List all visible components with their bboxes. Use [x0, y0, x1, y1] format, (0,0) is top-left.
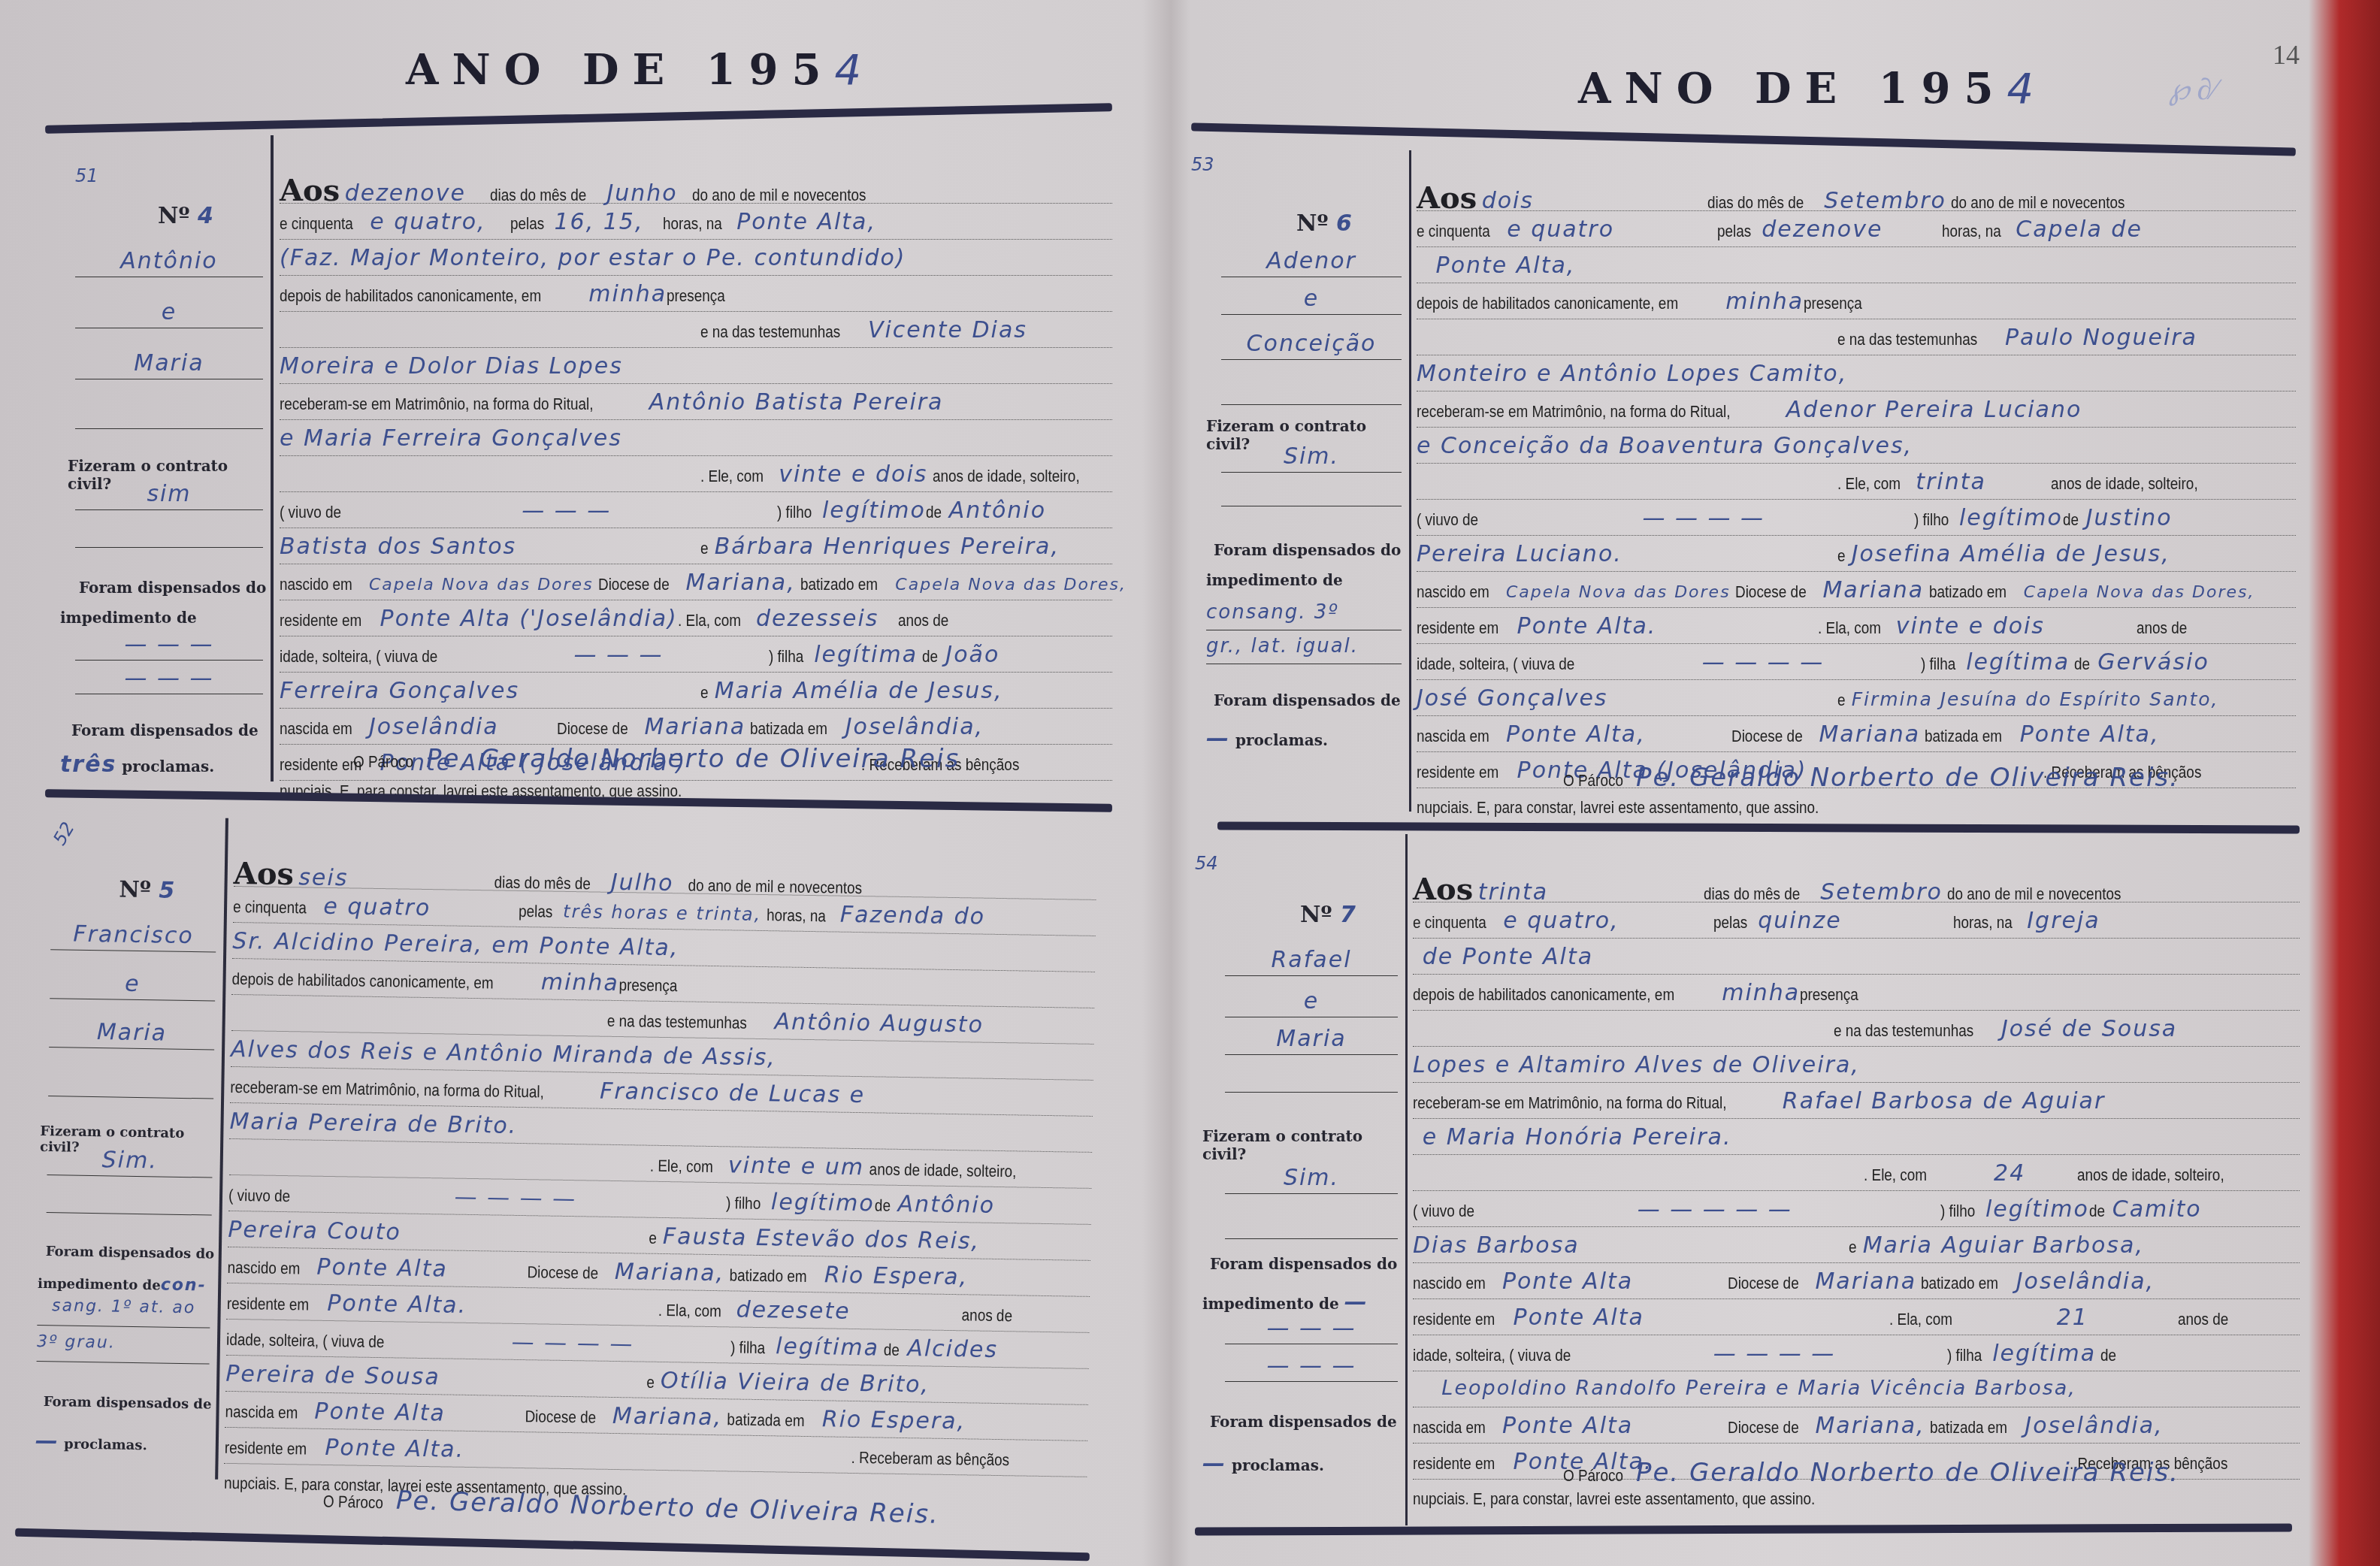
- label: dias do mês de: [494, 872, 591, 893]
- bride-father: Alcides: [907, 1335, 998, 1363]
- left-page: ANO DE 1954 51 Nº 4 Antônio e Maria Fize…: [0, 0, 1157, 1566]
- bride-first-name: Maria: [49, 1018, 215, 1050]
- conjunction: e: [1225, 988, 1398, 1017]
- banns-value: —: [1206, 725, 1230, 751]
- civil-contract-value: sim: [75, 481, 263, 510]
- label: idade, solteira, ( viuva de: [280, 647, 437, 667]
- label: O Pároco: [353, 752, 413, 772]
- blank-line: [1221, 376, 1402, 405]
- place-continued: de Ponte Alta: [1423, 944, 1593, 970]
- banns-label: proclamas.: [1235, 731, 1328, 749]
- label: do ano de mil e novecentos: [1947, 884, 2121, 904]
- label: e na das testemunhas: [1837, 330, 1977, 349]
- bride-first-name: Maria: [1225, 1026, 1398, 1055]
- title-printed: ANO DE 195: [1578, 64, 2007, 113]
- label: e na das testemunhas: [607, 1011, 748, 1033]
- groom-father: Pereira Luciano.: [1417, 541, 1837, 567]
- numero-label: Nº 7: [1300, 902, 1357, 928]
- label: . Ele, com: [1864, 1165, 1927, 1185]
- label: nascida em: [280, 719, 352, 739]
- daughter-type: legítima: [814, 642, 918, 668]
- banns-value: —: [1202, 1450, 1226, 1477]
- priest-name: Pe. Geraldo Norberto de Oliveira Reis.: [396, 1486, 940, 1530]
- impediment-value: gr., lat. igual.: [1206, 635, 1402, 664]
- label: receberam-se em Matrimônio, na forma do …: [1413, 1093, 1726, 1113]
- day-value: dezenove: [345, 180, 466, 207]
- label: ( viuvo de: [1417, 510, 1478, 530]
- parish-priest-signature: O Pároco Pe. Geraldo Norberto de Oliveir…: [1563, 1458, 2179, 1488]
- label: ) filha: [1921, 655, 1955, 674]
- daughter-type: legítima: [1966, 649, 2070, 676]
- label: anos de: [961, 1305, 1012, 1326]
- record-body: Aos doisdias do mês de Setembro do ano d…: [1417, 150, 2296, 812]
- conjunction: e: [50, 969, 216, 1001]
- impediment-value: sang. 1º at. ao: [37, 1296, 210, 1329]
- label: receberam-se em Matrimônio, na forma do …: [1417, 402, 1730, 422]
- conjunction: e: [75, 299, 263, 328]
- place-continued: (Faz. Major Monteiro, por estar o Pe. co…: [280, 245, 906, 271]
- label: O Pároco: [323, 1492, 384, 1513]
- label: anos de: [898, 611, 948, 630]
- parish-priest-signature: O Pároco Pe. Geraldo Norberto de Oliveir…: [1563, 763, 2179, 793]
- son-type: legítimo: [771, 1189, 875, 1217]
- parish-priest-signature: O Pároco Pe. Geraldo Norberto de Oliveir…: [323, 1483, 940, 1529]
- groom-diocese: Mariana: [1822, 577, 1924, 603]
- witnesses-value: Paulo Nogueira: [2005, 325, 2197, 351]
- groom-baptism-place: Joselândia,: [2016, 1268, 2155, 1295]
- label: do ano de mil e novecentos: [692, 186, 866, 205]
- label: Diocese de: [1731, 727, 1803, 746]
- witnesses-value: Antônio Augusto: [774, 1008, 984, 1038]
- presence-value: minha: [588, 281, 667, 307]
- page-title: ANO DE 1954: [406, 45, 875, 95]
- label: residente em: [1413, 1454, 1495, 1474]
- title-printed: ANO DE 195: [406, 45, 835, 95]
- label: residente em: [1413, 1310, 1495, 1329]
- banns-value: —: [35, 1428, 60, 1454]
- record-number: 4: [198, 203, 215, 229]
- groom-diocese: Mariana,: [685, 570, 795, 596]
- groom-diocese: Mariana: [1815, 1268, 1916, 1295]
- label: anos de idade, solteiro,: [2051, 474, 2198, 494]
- year-suffix-value: e quatro: [1507, 216, 1717, 243]
- bride-father: Pereira de Sousa: [225, 1361, 646, 1394]
- label: de: [2074, 655, 2090, 674]
- civil-contract-value: Sim.: [47, 1146, 213, 1178]
- impediment-label: impedimento de: [60, 609, 197, 627]
- day-value: trinta: [1478, 879, 1704, 905]
- label: residente em: [225, 1438, 307, 1459]
- aos-label: Aos: [1413, 872, 1473, 907]
- groom-baptism-place: Capela Nova das Dores,: [2024, 583, 2255, 602]
- hour-value: quinze: [1758, 908, 1953, 934]
- label: ( viuvo de: [1413, 1202, 1474, 1221]
- groom-first-name: Antônio: [75, 248, 263, 277]
- label: nascido em: [1413, 1274, 1486, 1293]
- bride-first-name: Maria: [75, 350, 263, 379]
- bride-birthplace: Ponte Alta: [1502, 1413, 1728, 1439]
- month-value: Julho: [611, 869, 674, 896]
- impediment-value: — — —: [75, 665, 263, 694]
- label: depois de habilitados canonicamente, em: [1417, 294, 1678, 313]
- label: depois de habilitados canonicamente, em: [280, 286, 541, 306]
- year-suffix-value: e quatro: [323, 893, 519, 923]
- aos-label: Aos: [233, 856, 294, 892]
- hour-value: três horas e trinta,: [563, 901, 761, 925]
- blank-line: [48, 1067, 214, 1099]
- record-number: 7: [1340, 902, 1357, 928]
- bride-age: vinte e dois: [1896, 613, 2137, 639]
- label: batizada em: [727, 1410, 804, 1431]
- impediment-value: — — —: [75, 631, 263, 661]
- label: residente em: [280, 755, 361, 775]
- civil-contract-label: Fizeram o contrato civil?: [1202, 1127, 1405, 1163]
- month-value: Setembro: [1820, 879, 1943, 905]
- folio-number: 14: [2273, 39, 2300, 71]
- groom-mother: Maria Aguiar Barbosa,: [1863, 1232, 2144, 1259]
- label: ) filho: [726, 1193, 761, 1214]
- numero-label: Nº 6: [1296, 210, 1353, 237]
- label: batizada em: [1925, 727, 2002, 746]
- numero-label: Nº 4: [158, 203, 215, 229]
- label: ) filho: [1940, 1202, 1975, 1221]
- label: e cinquenta: [1417, 222, 1490, 241]
- label: receberam-se em Matrimônio, na forma do …: [280, 395, 593, 414]
- label: residente em: [1417, 618, 1498, 638]
- open-register-book: ANO DE 1954 51 Nº 4 Antônio e Maria Fize…: [0, 0, 2380, 1566]
- groom-residence: Ponte Alta ('Joselândia): [380, 606, 678, 632]
- widow-value: — — — —: [415, 1328, 730, 1359]
- banns-label: proclamas.: [122, 757, 214, 775]
- impediment-value: — — —: [1225, 1315, 1398, 1344]
- blank-line: [47, 1184, 213, 1215]
- spouses-value: e Maria Honória Pereira.: [1423, 1124, 1732, 1150]
- groom-diocese: Mariana,: [615, 1259, 725, 1286]
- label: batizado em: [1921, 1274, 1998, 1293]
- civil-contract-value: Sim.: [1221, 443, 1402, 473]
- groom-birthplace: Ponte Alta: [316, 1254, 528, 1283]
- impediment-label: impedimento de: [1206, 571, 1343, 589]
- bride-father: José Gonçalves: [1417, 685, 1837, 712]
- label: de: [875, 1196, 891, 1215]
- year-suffix-value: e quatro,: [370, 209, 485, 235]
- blank-line: [75, 518, 263, 548]
- bride-diocese: Mariana: [644, 714, 745, 740]
- label: pelas: [519, 902, 553, 922]
- label: de: [2063, 510, 2079, 530]
- groom-residence: Ponte Alta: [1514, 1304, 1889, 1331]
- label: de: [926, 503, 942, 522]
- hour-value: dezenove: [1762, 216, 1942, 243]
- groom-age: 24: [1942, 1160, 2077, 1187]
- label: Diocese de: [527, 1262, 598, 1283]
- parish-priest-signature: O Pároco Pe. Geraldo Norberto de Oliveir…: [353, 744, 960, 774]
- label: horas, na: [1942, 222, 2001, 241]
- groom-residence: Ponte Alta.: [327, 1290, 658, 1322]
- bride-baptism-place: Joselândia,: [845, 714, 984, 740]
- label: horas, na: [766, 905, 825, 926]
- bride-first-name: Conceição: [1221, 331, 1402, 360]
- label: presença: [1800, 985, 1858, 1005]
- record-body: Aos seisdias do mês de Julho do ano de m…: [224, 818, 1097, 1493]
- label: de: [2089, 1202, 2105, 1221]
- month-value: Setembro: [1824, 188, 1946, 214]
- marriage-record-5: 52 Nº 5 Francisco e Maria Fizeram o cont…: [35, 815, 1097, 1493]
- groom-age: vinte e dois: [779, 461, 927, 488]
- bride-age: dezesseis: [756, 606, 879, 632]
- banns-value: três: [60, 751, 116, 778]
- banns-label: proclamas.: [1232, 1456, 1324, 1474]
- faded-stamp: ℘ ∂∕: [2169, 71, 2217, 107]
- groom-father: Antônio: [897, 1191, 995, 1219]
- blank-line: [1225, 1210, 1398, 1239]
- presence-value: minha: [1722, 980, 1800, 1006]
- place-continued: Ponte Alta,: [1436, 252, 1576, 279]
- widow-value: — — —: [468, 642, 769, 668]
- impediment-dispensation-label: Foram dispensados do: [1210, 1255, 1397, 1273]
- record-number: 5: [159, 877, 176, 903]
- label: ) filho: [1914, 510, 1949, 530]
- label: pelas: [510, 214, 544, 234]
- widow-value: — — — —: [1601, 1341, 1947, 1367]
- label: ) filha: [1947, 1346, 1982, 1365]
- label: . Ele, com: [650, 1156, 714, 1177]
- label: e: [1837, 546, 1846, 566]
- spouses-value: e Conceição da Boaventura Gonçalves,: [1417, 433, 1913, 459]
- groom-age: vinte e um: [728, 1152, 865, 1181]
- label: nascido em: [280, 575, 352, 594]
- label: anos de: [2178, 1310, 2228, 1329]
- spouses-value: Maria Pereira de Brito.: [229, 1108, 517, 1139]
- numero-label: Nº 5: [119, 877, 176, 904]
- label: do ano de mil e novecentos: [1951, 193, 2124, 213]
- widower-value: — — — —: [305, 1181, 726, 1214]
- day-value: dois: [1482, 188, 1707, 214]
- groom-father: Pereira Couto: [228, 1217, 649, 1250]
- label: depois de habilitados canonicamente, em: [231, 969, 494, 993]
- witnesses-value: Vicente Dias: [868, 317, 1027, 343]
- label: nascido em: [1417, 582, 1489, 602]
- witnesses-value: Monteiro e Antônio Lopes Camito,: [1417, 361, 1847, 387]
- groom-father: Dias Barbosa: [1413, 1232, 1849, 1259]
- label: ) filha: [769, 647, 803, 667]
- label: O Pároco: [1563, 1466, 1623, 1486]
- label: residente em: [280, 611, 361, 630]
- banns-dispensation-label: Foram dispensados de: [44, 1394, 212, 1413]
- label: presença: [1804, 294, 1862, 313]
- widower-value: — — —: [356, 497, 777, 524]
- bride-diocese: Mariana: [1819, 721, 1920, 748]
- groom-birthplace: Capela Nova das Dores: [1506, 583, 1731, 602]
- widower-value: — — — —: [1493, 505, 1914, 531]
- label: batizada em: [1930, 1418, 2007, 1438]
- label: e: [1837, 691, 1846, 710]
- label: anos de: [2137, 618, 2187, 638]
- closing-text: nupciais. E, para constar, lavrei este a…: [1413, 1489, 1815, 1509]
- spouses-value: Francisco de Lucas e: [600, 1078, 866, 1109]
- label: anos de idade, solteiro,: [2077, 1165, 2224, 1185]
- label: . Receberam as bênçãos: [851, 1448, 1009, 1470]
- label: nascida em: [225, 1402, 298, 1423]
- groom-father: Batista dos Santos: [280, 534, 700, 560]
- section-divider: [15, 1528, 1090, 1561]
- impediment-dispensation-label: Foram dispensados do: [1214, 541, 1401, 559]
- label: pelas: [1717, 222, 1751, 241]
- banns-label: proclamas.: [64, 1436, 147, 1453]
- record-sidebar: Nº 4 Antônio e Maria Fizeram o contrato …: [45, 135, 274, 781]
- groom-age: trinta: [1916, 469, 2051, 495]
- month-value: Junho: [606, 180, 677, 207]
- widow-value: — — — —: [1605, 649, 1921, 676]
- civil-contract-value: Sim.: [1225, 1165, 1398, 1194]
- label: Diocese de: [1728, 1418, 1799, 1438]
- label: e: [700, 539, 709, 558]
- conjunction: e: [1221, 286, 1402, 315]
- bride-diocese: Mariana,: [612, 1403, 723, 1431]
- blank-line: [75, 400, 263, 429]
- presence-value: minha: [1725, 289, 1804, 315]
- marriage-record-7: 54 Nº 7 Rafael e Maria Fizeram o contrat…: [1195, 834, 2300, 1525]
- label: dias do mês de: [1704, 884, 1800, 904]
- son-type: legítimo: [1959, 505, 2063, 531]
- label: horas, na: [1953, 913, 2013, 933]
- label: e na das testemunhas: [700, 322, 840, 342]
- label: . Ela, com: [1818, 618, 1881, 638]
- aos-label: Aos: [280, 173, 340, 208]
- label: . Ele, com: [1837, 474, 1901, 494]
- place-value: Fazenda do: [840, 902, 986, 930]
- record-number: 6: [1336, 210, 1353, 237]
- bride-age: dezesete: [736, 1297, 962, 1327]
- label: e na das testemunhas: [1834, 1021, 1973, 1041]
- label: depois de habilitados canonicamente, em: [1413, 985, 1674, 1005]
- son-type: legítimo: [822, 497, 926, 524]
- bride-parents: Leopoldino Randolfo Pereira e Maria Vicê…: [1441, 1377, 2076, 1400]
- impediment-value: con-: [161, 1275, 207, 1295]
- label: impedimento de: [1202, 1295, 1339, 1313]
- place-value: Igreja: [2027, 908, 2100, 934]
- record-sidebar: Nº 7 Rafael e Maria Fizeram o contrato c…: [1195, 834, 1408, 1525]
- groom-baptism-place: Rio Espera,: [824, 1262, 969, 1290]
- label: presença: [667, 286, 725, 306]
- day-value: seis: [298, 864, 494, 893]
- son-type: legítimo: [1985, 1196, 2089, 1223]
- spouses-value: e Maria Ferreira Gonçalves: [280, 425, 622, 452]
- label: nascida em: [1417, 727, 1489, 746]
- witnesses-value: Alves dos Reis e Antônio Miranda de Assi…: [231, 1036, 776, 1071]
- daughter-type: legítima: [1992, 1341, 2096, 1367]
- label: . Ele, com: [700, 467, 764, 486]
- label: Diocese de: [1728, 1274, 1799, 1293]
- label: batizado em: [1929, 582, 2007, 602]
- marriage-record-6: 53 Nº 6 Adenor e Conceição Fizeram o con…: [1191, 150, 2296, 812]
- groom-birthplace: Ponte Alta: [1502, 1268, 1728, 1295]
- bride-baptism-place: Joselândia,: [2025, 1413, 2163, 1439]
- marriage-record-4: 51 Nº 4 Antônio e Maria Fizeram o contra…: [45, 135, 1112, 781]
- groom-baptism-place: Capela Nova das Dores,: [895, 576, 1126, 594]
- title-handwritten-digit: 4: [2007, 65, 2048, 113]
- groom-residence: Ponte Alta.: [1517, 613, 1818, 639]
- label: ) filha: [730, 1338, 766, 1358]
- label: impedimento de: [38, 1276, 161, 1294]
- groom-first-name: Francisco: [50, 921, 216, 952]
- label: e: [700, 683, 709, 703]
- hour-value: 16, 15,: [555, 209, 644, 235]
- label: batizada em: [750, 719, 827, 739]
- label: e: [1849, 1238, 1857, 1257]
- place-value: Ponte Alta,: [736, 209, 876, 235]
- label: idade, solteira, ( viuva de: [1413, 1346, 1571, 1365]
- blank-line: [1225, 1063, 1398, 1093]
- impediment-value: 3º grau.: [37, 1332, 210, 1365]
- impediment-value: — — —: [1225, 1353, 1398, 1382]
- impediment-value: consang. 3º: [1206, 601, 1402, 630]
- label: Diocese de: [525, 1407, 596, 1427]
- bride-birthplace: Ponte Alta,: [1506, 721, 1731, 748]
- bride-birthplace: Joselândia: [369, 714, 557, 740]
- year-suffix-value: e quatro,: [1503, 908, 1713, 934]
- label: e cinquenta: [1413, 913, 1486, 933]
- label: . Ela, com: [678, 611, 741, 630]
- label: dias do mês de: [1707, 193, 1804, 213]
- priest-name: Pe. Geraldo Norberto de Oliveira Reis: [426, 744, 960, 774]
- label: e: [646, 1373, 655, 1392]
- bride-baptism-place: Rio Espera,: [822, 1406, 966, 1434]
- section-divider: [1217, 821, 2300, 833]
- label: Diocese de: [598, 575, 670, 594]
- widower-value: — — — — —: [1489, 1196, 1940, 1223]
- label: O Pároco: [1563, 771, 1623, 791]
- groom-first-name: Rafael: [1225, 947, 1398, 976]
- groom-father: Antônio: [949, 497, 1046, 524]
- witnesses-value: Lopes e Altamiro Alves de Oliveira,: [1413, 1052, 1860, 1078]
- groom-first-name: Adenor: [1221, 248, 1402, 277]
- spouses-value: Adenor Pereira Luciano: [1786, 397, 2082, 423]
- witnesses-value: José de Sousa: [2001, 1016, 2177, 1042]
- blank-line: [1221, 477, 1402, 506]
- closing-text: nupciais. E, para constar, lavrei este a…: [1417, 798, 1819, 818]
- label: de: [884, 1341, 900, 1360]
- banns-dispensation-label: Foram dispensados de: [1214, 691, 1401, 709]
- spouses-value: Rafael Barbosa de Aguiar: [1783, 1088, 2105, 1114]
- spouses-value: Antônio Batista Pereira: [649, 389, 944, 416]
- label: batizado em: [800, 575, 878, 594]
- priest-name: Pe. Geraldo Norberto de Oliveira Reis.: [1636, 1458, 2179, 1488]
- bride-birthplace: Ponte Alta: [314, 1398, 525, 1428]
- bride-mother: Otília Vieira de Brito,: [661, 1368, 930, 1398]
- priest-name: Pe. Geraldo Norberto de Oliveira Reis.: [1636, 763, 2179, 793]
- label: anos de idade, solteiro,: [869, 1159, 1016, 1181]
- label: anos de idade, solteiro,: [933, 467, 1080, 486]
- section-divider: [45, 103, 1112, 134]
- label: de: [922, 647, 938, 667]
- label: nascido em: [227, 1258, 300, 1279]
- place-continued: Sr. Alcidino Pereira, em Ponte Alta,: [232, 928, 679, 961]
- label: residente em: [227, 1294, 310, 1315]
- witnesses-value: Moreira e Dolor Dias Lopes: [280, 353, 623, 379]
- label: Diocese de: [1735, 582, 1807, 602]
- groom-mother: Josefina Amélia de Jesus,: [1852, 541, 2170, 567]
- bride-father: Gervásio: [2097, 649, 2209, 676]
- groom-father: Camito: [2112, 1196, 2202, 1223]
- record-sidebar: Nº 6 Adenor e Conceição Fizeram o contra…: [1191, 150, 1411, 812]
- label: horas, na: [663, 214, 722, 234]
- label: ( viuvo de: [228, 1186, 290, 1206]
- impediment-value: —: [1344, 1289, 1368, 1315]
- bride-mother: Maria Amélia de Jesus,: [715, 678, 1003, 704]
- label: receberam-se em Matrimônio, na forma do …: [230, 1078, 544, 1102]
- aos-label: Aos: [1417, 180, 1477, 216]
